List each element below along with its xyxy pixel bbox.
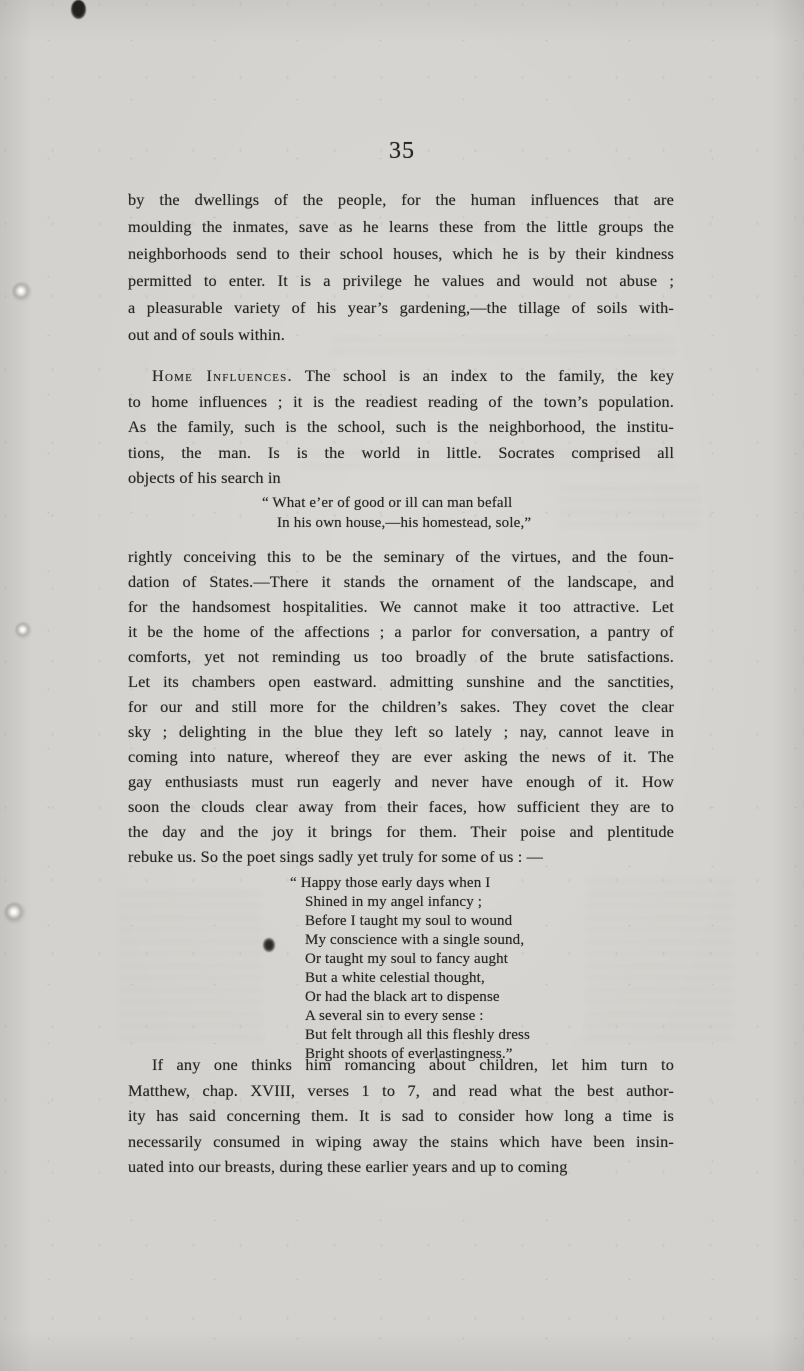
- text-line: gay enthusiasts must run eagerly and nev…: [128, 769, 674, 794]
- paper-crease-3: [4, 902, 26, 924]
- text-line: But a white celestial thought,: [290, 969, 530, 988]
- text-line: Let its chambers open eastward. admittin…: [128, 669, 674, 694]
- ink-speck: [263, 938, 275, 952]
- text-line: In his own house,—his homestead, sole,”: [262, 514, 531, 534]
- text-line: for our and still more for the children’…: [128, 694, 674, 719]
- text-line: the day and the joy it brings for them. …: [128, 819, 674, 844]
- paper-crease-2: [15, 622, 32, 639]
- text-line: Or had the black art to dispense: [290, 988, 530, 1007]
- show-through-smudge-5: [118, 892, 263, 1047]
- text-line: ity has said concerning them. It is sad …: [128, 1103, 674, 1129]
- text-line: to home influences ; it is the readiest …: [128, 389, 674, 415]
- text-line: neighborhoods send to their school house…: [128, 240, 674, 267]
- text-line: My conscience with a single sound,: [290, 931, 530, 950]
- text-line: “ What e’er of good or ill can man befal…: [262, 494, 531, 514]
- text-line: it be the home of the affections ; a par…: [128, 619, 674, 644]
- text-line: a pleasurable variety of his year’s gard…: [128, 294, 674, 321]
- text-line: comforts, yet not reminding us too broad…: [128, 644, 674, 669]
- text-line: objects of his search in: [128, 465, 674, 491]
- ink-blot-stain: [71, 0, 86, 19]
- text-line: by the dwellings of the people, for the …: [128, 186, 674, 213]
- text-line: uated into our breasts, during these ear…: [128, 1154, 674, 1180]
- text-line: permitted to enter. It is a privilege he…: [128, 267, 674, 294]
- text-line: tions, the man. Is is the world in littl…: [128, 440, 674, 466]
- home-influences-first-line-rest: The school is an index to the family, th…: [305, 366, 674, 385]
- show-through-smudge-4: [585, 880, 735, 1045]
- text-line: If any one thinks him romancing about ch…: [128, 1052, 674, 1078]
- text-line: But felt through all this fleshly dress: [290, 1026, 530, 1045]
- text-line: sky ; delighting in the blue they left s…: [128, 719, 674, 744]
- paper-crease-1: [12, 282, 32, 302]
- text-line: Matthew, chap. XVIII, verses 1 to 7, and…: [128, 1078, 674, 1104]
- home-influences-first-line: Home Influences. The school is an index …: [128, 363, 674, 389]
- text-line: coming into nature, whereof they are eve…: [128, 744, 674, 769]
- book-page: 35 by the dwellings of the people, for t…: [0, 0, 804, 1371]
- paragraph-matthew: If any one thinks him romancing about ch…: [128, 1052, 674, 1180]
- paragraph-dwellings: by the dwellings of the people, for the …: [128, 186, 674, 348]
- poem-happy-early-days: “ Happy those early days when IShined in…: [290, 874, 530, 1064]
- page-number: 35: [0, 138, 804, 165]
- text-line: Before I taught my soul to wound: [290, 912, 530, 931]
- text-line: rebuke us. So the poet sings sadly yet t…: [128, 844, 674, 869]
- paragraph-home-influences: Home Influences. The school is an index …: [128, 363, 674, 491]
- text-line: rightly conceiving this to be the semina…: [128, 544, 674, 569]
- section-lead-home-influences: Home Influences.: [152, 366, 293, 385]
- text-line: As the family, such is the school, such …: [128, 414, 674, 440]
- text-line: Shined in my angel infancy ;: [290, 893, 530, 912]
- home-influences-remaining-lines: to home influences ; it is the readiest …: [128, 389, 674, 491]
- text-line: out and of souls within.: [128, 321, 674, 348]
- text-line: soon the clouds clear away from their fa…: [128, 794, 674, 819]
- text-line: dation of States.—There it stands the or…: [128, 569, 674, 594]
- text-line: necessarily consumed in wiping away the …: [128, 1129, 674, 1155]
- text-line: moulding the inmates, save as he learns …: [128, 213, 674, 240]
- text-line: A several sin to every sense :: [290, 1007, 530, 1026]
- text-line: “ Happy those early days when I: [290, 874, 530, 893]
- quote-homestead: “ What e’er of good or ill can man befal…: [262, 494, 531, 533]
- paragraph-seminary-of-virtues: rightly conceiving this to be the semina…: [128, 544, 674, 869]
- text-line: for the handsomest hospitalities. We can…: [128, 594, 674, 619]
- text-line: Or taught my soul to fancy aught: [290, 950, 530, 969]
- show-through-smudge-3: [560, 487, 700, 533]
